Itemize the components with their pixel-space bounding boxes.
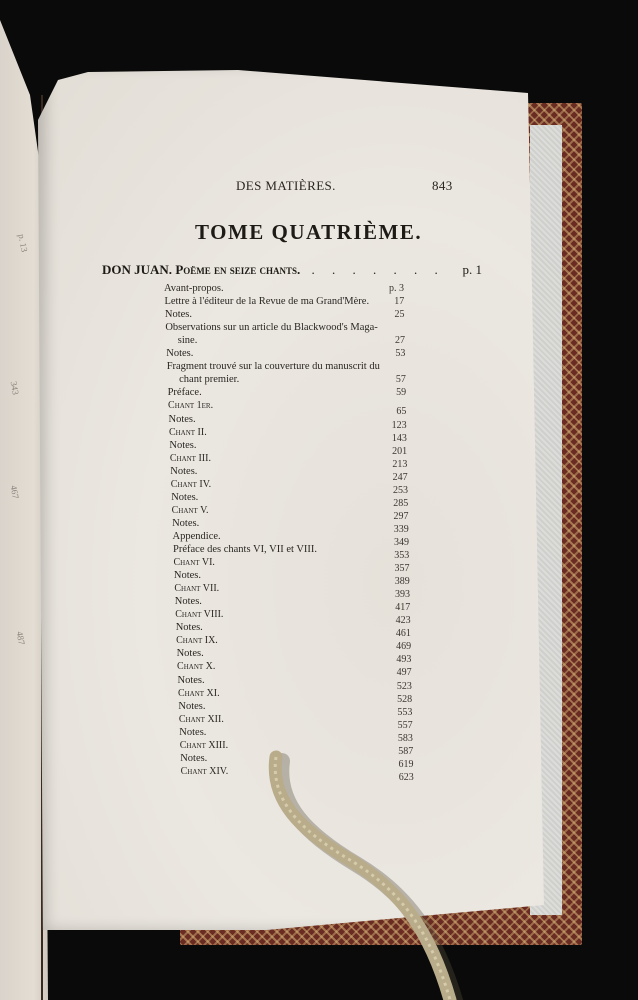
toc-entry-page: 349 <box>369 537 409 548</box>
toc-entry-page: 213 <box>367 459 407 470</box>
toc-entry-page: 143 <box>367 433 407 444</box>
toc-entry: Notes. <box>178 675 205 686</box>
toc-entry-label: Notes. <box>180 753 207 764</box>
toc-entry-page: 297 <box>368 511 408 522</box>
toc-entry-label: Préface des chants VI, VII et VIII. <box>173 544 317 555</box>
toc-entry-label: Chant VII. <box>174 583 219 594</box>
toc-entry-label: Notes. <box>171 492 198 503</box>
toc-entry-page: 247 <box>368 472 408 483</box>
toc-entry-page: 417 <box>370 602 410 613</box>
toc-entry: Chant III. <box>170 453 211 464</box>
toc-entry: Notes. <box>172 518 199 529</box>
toc-entry-page: 469 <box>371 641 411 652</box>
toc-entry-page: 587 <box>373 746 413 757</box>
toc-entry-page: 528 <box>372 694 412 705</box>
toc-entry-label: Chant IV. <box>171 479 211 490</box>
toc-entry: Chant II. <box>169 427 207 438</box>
toc-entry-page: 553 <box>372 707 412 718</box>
toc-entry-page: 389 <box>370 576 410 587</box>
toc-entry: Notes. <box>177 648 204 659</box>
toc-entry: Notes. <box>165 309 192 320</box>
toc-entry-page: 557 <box>373 720 413 731</box>
toc-entry: Avant-propos. <box>164 283 224 294</box>
toc-entry: Chant X. <box>177 661 215 672</box>
toc-entry-label: Chant II. <box>169 427 207 438</box>
toc-entry: Chant XIII. <box>180 740 228 751</box>
toc-entry: Notes. <box>166 348 193 359</box>
toc-entry: Chant IX. <box>176 635 218 646</box>
toc-entry: Notes. <box>180 753 207 764</box>
toc-entry-label: Chant XIII. <box>180 740 228 751</box>
toc-entry-label: Préface. <box>168 387 202 398</box>
toc-entry: Chant VII. <box>174 583 219 594</box>
toc-entry: Chant XI. <box>178 688 220 699</box>
toc-entry-label: Observations sur un article du Blackwood… <box>165 322 377 333</box>
toc-entry: Notes. <box>176 622 203 633</box>
toc-entry-page: 59 <box>366 387 406 398</box>
left-page-fragment: p. 13 <box>17 233 30 252</box>
toc-entry: Préface. <box>168 387 202 398</box>
toc-entry-label: Chant XII. <box>179 714 224 725</box>
toc-entry-label: Notes. <box>169 414 196 425</box>
toc-entry-label: Fragment trouvé sur la couverture du man… <box>167 361 380 372</box>
toc-entry: Notes. <box>169 414 196 425</box>
toc-entry-label: sine. <box>178 335 198 346</box>
toc-entry-page: 619 <box>373 759 413 770</box>
toc-entry-page: 461 <box>371 628 411 639</box>
toc-entry-page: 53 <box>365 348 405 359</box>
toc-entry: Chant V. <box>172 505 209 516</box>
left-page-fragment: 343 <box>9 380 21 395</box>
toc-entry-page: 65 <box>366 406 406 417</box>
toc-entry: Préface des chants VI, VII et VIII. <box>173 544 317 555</box>
toc-entry-label: Notes. <box>175 596 202 607</box>
running-head-title: DES MATIÈRES. <box>236 178 336 194</box>
left-page-fragment: 487 <box>15 630 27 645</box>
toc-entry-page: 201 <box>367 446 407 457</box>
toc-entry-label: Chant 1er. <box>168 400 213 411</box>
toc-entry-page: 497 <box>372 667 412 678</box>
toc-entry-page: 623 <box>374 772 414 783</box>
toc-entry-label: Chant III. <box>170 453 211 464</box>
toc-entry: Observations sur un article du Blackwood… <box>165 322 377 333</box>
toc-entry-label: Notes. <box>174 570 201 581</box>
toc-entry: Notes. <box>170 466 197 477</box>
toc-entry-label: Lettre à l'éditeur de la Revue de ma Gra… <box>164 296 369 307</box>
toc-entry: Chant VIII. <box>175 609 223 620</box>
toc-entry: Notes. <box>169 440 196 451</box>
toc-entry-label: chant premier. <box>179 374 239 385</box>
toc-entry-label: Notes. <box>169 440 196 451</box>
toc-entry: Lettre à l'éditeur de la Revue de ma Gra… <box>164 296 369 307</box>
toc-entry-page: p. 3 <box>364 283 404 294</box>
main-entry-title: DON JUAN. <box>102 262 172 277</box>
toc-entry: Chant VI. <box>173 557 214 568</box>
toc-entry: Notes. <box>175 596 202 607</box>
toc-entry-label: Chant X. <box>177 661 215 672</box>
left-page-fragment: 467 <box>9 484 21 499</box>
toc-entry-page: 353 <box>369 550 409 561</box>
toc-entry: Fragment trouvé sur la couverture du man… <box>167 361 380 372</box>
toc-entry: Appendice. <box>173 531 221 542</box>
toc-entry-label: Chant VI. <box>173 557 214 568</box>
toc-entry-label: Notes. <box>166 348 193 359</box>
toc-entry: sine. <box>178 335 198 346</box>
toc-entry-label: Avant-propos. <box>164 283 224 294</box>
toc-entry-label: Notes. <box>177 648 204 659</box>
toc-entry: chant premier. <box>179 374 239 385</box>
toc-entry-label: Chant XIV. <box>181 766 229 777</box>
toc-entry-label: Notes. <box>176 622 203 633</box>
toc-entry-label: Chant V. <box>172 505 209 516</box>
toc-entry: Chant 1er. <box>168 400 213 411</box>
page-number: 843 <box>432 178 453 194</box>
toc-entry-page: 583 <box>373 733 413 744</box>
toc-entry: Chant XII. <box>179 714 224 725</box>
toc-entry-page: 57 <box>366 374 406 385</box>
toc-entry-page: 357 <box>370 563 410 574</box>
toc-entry-page: 393 <box>370 589 410 600</box>
toc-entry: Chant IV. <box>171 479 211 490</box>
main-entry-page: p. 1 <box>463 262 483 278</box>
toc-entry-label: Appendice. <box>173 531 221 542</box>
main-entry-subtitle: Poëme en seize chants. <box>175 262 300 277</box>
toc-entry-page: 17 <box>364 296 404 307</box>
toc-entry: Notes. <box>171 492 198 503</box>
toc-entry: Notes. <box>178 701 205 712</box>
toc-entry-page: 25 <box>365 309 405 320</box>
toc-entry-label: Notes. <box>179 727 206 738</box>
toc-entry-page: 423 <box>371 615 411 626</box>
toc-entry-page: 493 <box>371 654 411 665</box>
toc-entry-label: Notes. <box>170 466 197 477</box>
toc-entry-page: 253 <box>368 485 408 496</box>
toc-entry-page: 123 <box>367 420 407 431</box>
toc-entry: Notes. <box>179 727 206 738</box>
toc-entry-label: Chant IX. <box>176 635 218 646</box>
right-page <box>38 65 546 930</box>
toc-entry-label: Notes. <box>165 309 192 320</box>
toc-entry-label: Notes. <box>172 518 199 529</box>
toc-entry: Chant XIV. <box>181 766 229 777</box>
section-title: TOME QUATRIÈME. <box>195 220 422 245</box>
toc-entry-label: Chant VIII. <box>175 609 223 620</box>
main-entry: DON JUAN. Poëme en seize chants. . . . .… <box>102 262 482 278</box>
toc-entry-page: 285 <box>368 498 408 509</box>
toc-entry: Notes. <box>174 570 201 581</box>
toc-entry-page: 339 <box>369 524 409 535</box>
toc-entry-page: 27 <box>365 335 405 346</box>
toc-entry-label: Chant XI. <box>178 688 220 699</box>
dot-leader: . . . . . . . <box>312 262 445 277</box>
toc-entry-label: Notes. <box>178 701 205 712</box>
toc-entry-page: 523 <box>372 681 412 692</box>
toc-entry-label: Notes. <box>178 675 205 686</box>
